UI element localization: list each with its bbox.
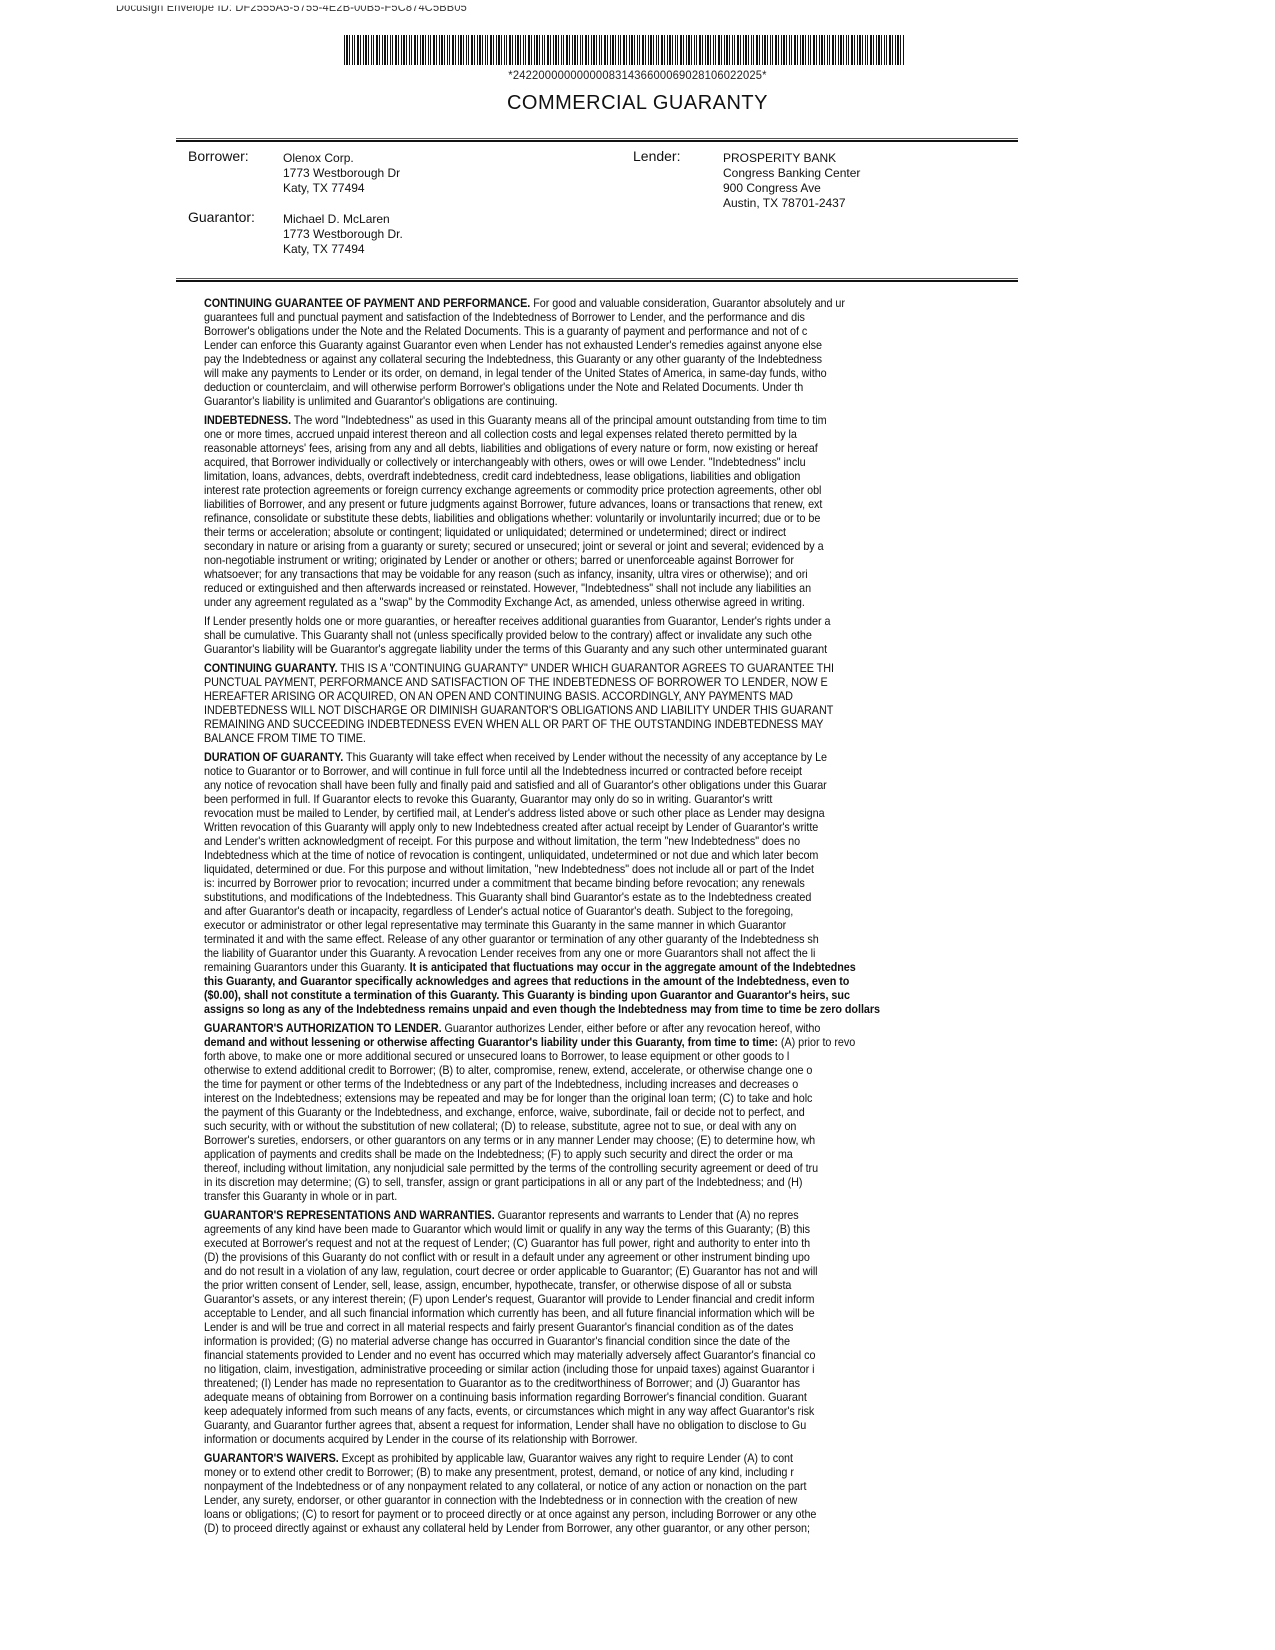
text-line: Borrower's obligations under the Note an… [204,324,1018,338]
text-line: loans or obligations; (C) to resort for … [204,1507,1018,1521]
bottom-divider [176,278,1018,282]
text-line: Borrower's sureties, endorsers, or other… [204,1133,1018,1147]
document-title: COMMERCIAL GUARANTY [0,92,1275,115]
text-line: in its discretion may determine; (G) to … [204,1175,1018,1189]
text-line: any notice of revocation shall have been… [204,778,1018,792]
text-line: PUNCTUAL PAYMENT, PERFORMANCE AND SATISF… [204,675,1018,689]
text-line: whatsoever; for any transactions that ma… [204,567,1018,581]
text-line: threatened; (I) Lender has made no repre… [204,1376,1018,1390]
text-line: executor or administrator or other legal… [204,918,1018,932]
text-line: been performed in full. If Guarantor ele… [204,792,1018,806]
text-line: acceptable to Lender, and all such finan… [204,1306,1018,1320]
text-line: application of payments and credits shal… [204,1147,1018,1161]
docusign-envelope-id: Docusign Envelope ID: DF2555A5-5755-4E2B… [116,6,467,15]
text-line: guarantees full and punctual payment and… [204,310,1018,324]
text-line: information is provided; (G) no material… [204,1334,1018,1348]
text-line: one or more times, accrued unpaid intere… [204,427,1018,441]
text-line: Indebtedness which at the time of notice… [204,848,1018,862]
lender-street: 900 Congress Ave [723,181,860,196]
section-indebtedness: INDEBTEDNESS. The word "Indebtedness" as… [204,413,1018,609]
text-line: information or documents acquired by Len… [204,1432,1018,1446]
text-line: (D) the provisions of this Guaranty do n… [204,1250,1018,1264]
text-line: liabilities of Borrower, and any present… [204,497,1018,511]
text-line: BALANCE FROM TIME TO TIME. [204,731,1018,745]
text-line: CONTINUING GUARANTY. THIS IS A "CONTINUI… [204,661,1018,675]
text-line: GUARANTOR'S WAIVERS. Except as prohibite… [204,1451,1018,1465]
text-line: limitation, loans, advances, debts, over… [204,469,1018,483]
lender-branch: Congress Banking Center [723,166,860,181]
section-heading: GUARANTOR'S AUTHORIZATION TO LENDER. [204,1021,442,1035]
text-line: executed at Borrower's request and not a… [204,1236,1018,1250]
lender-city: Austin, TX 78701-2437 [723,196,860,211]
text-line: and after Guarantor's death or incapacit… [204,904,1018,918]
text-line: their terms or acceleration; absolute or… [204,525,1018,539]
text-line: revocation must be mailed to Lender, by … [204,806,1018,820]
section-guarantor-s-authorization-to-lender: GUARANTOR'S AUTHORIZATION TO LENDER. Gua… [204,1021,1018,1203]
text-line: deduction or counterclaim, and will othe… [204,380,1018,394]
text-line: notice to Guarantor or to Borrower, and … [204,764,1018,778]
text-line: Lender, any surety, endorser, or other g… [204,1493,1018,1507]
barcode [344,35,904,65]
text-line: non-negotiable instrument or writing; or… [204,553,1018,567]
guarantor-name: Michael D. McLaren [283,212,403,227]
text-line: the payment of this Guaranty or the Inde… [204,1105,1018,1119]
section-heading: INDEBTEDNESS. [204,413,291,427]
text-line: will make any payments to Lender or its … [204,366,1018,380]
text-line: forth above, to make one or more additio… [204,1049,1018,1063]
text-line: Guaranty, and Guarantor further agrees t… [204,1418,1018,1432]
text-line: GUARANTOR'S REPRESENTATIONS AND WARRANTI… [204,1208,1018,1222]
borrower-street: 1773 Westborough Dr [283,166,400,181]
top-divider [176,138,1018,142]
text-line: reasonable attorneys' fees, arising from… [204,441,1018,455]
text-line: reduced or extinguished and then afterwa… [204,581,1018,595]
guarantor-city: Katy, TX 77494 [283,242,403,257]
text-line: the liability of Guarantor under this Gu… [204,946,1018,960]
borrower-address: Olenox Corp. 1773 Westborough Dr Katy, T… [283,151,400,196]
text-line: otherwise to extend additional credit to… [204,1063,1018,1077]
text-line: ($0.00), shall not constitute a terminat… [204,988,1018,1002]
text-line: the prior written consent of Lender, sel… [204,1278,1018,1292]
barcode-number: *242200000000000831436600069028106022025… [45,68,1231,82]
section-heading: CONTINUING GUARANTY. [204,661,338,675]
section-duration-of-guaranty: DURATION OF GUARANTY. This Guaranty will… [204,750,1018,1016]
guarantor-street: 1773 Westborough Dr. [283,227,403,242]
text-line: adequate means of obtaining from Borrowe… [204,1390,1018,1404]
text-line: secondary in nature or arising from a gu… [204,539,1018,553]
borrower-label: Borrower: [188,148,249,164]
text-line: is: incurred by Borrower prior to revoca… [204,876,1018,890]
borrower-city: Katy, TX 77494 [283,181,400,196]
text-line: REMAINING AND SUCCEEDING INDEBTEDNESS EV… [204,717,1018,731]
text-line: Guarantor's assets, or any interest ther… [204,1292,1018,1306]
text-line: CONTINUING GUARANTEE OF PAYMENT AND PERF… [204,296,1018,310]
text-line: agreements of any kind have been made to… [204,1222,1018,1236]
section-heading: CONTINUING GUARANTEE OF PAYMENT AND PERF… [204,296,530,310]
text-line: such security, with or without the subst… [204,1119,1018,1133]
text-line: GUARANTOR'S AUTHORIZATION TO LENDER. Gua… [204,1021,1018,1035]
section-guarantor-s-representations-and-warranties: GUARANTOR'S REPRESENTATIONS AND WARRANTI… [204,1208,1018,1446]
text-line: remaining Guarantors under this Guaranty… [204,960,1018,974]
section-heading: GUARANTOR'S WAIVERS. [204,1451,339,1465]
section-continuing-guaranty: CONTINUING GUARANTY. THIS IS A "CONTINUI… [204,661,1018,745]
text-line: this Guaranty, and Guarantor specificall… [204,974,1018,988]
text-line: assigns so long as any of the Indebtedne… [204,1002,1018,1016]
text-line: terminated it and with the same effect. … [204,932,1018,946]
section-heading: GUARANTOR'S REPRESENTATIONS AND WARRANTI… [204,1208,495,1222]
guarantor-address: Michael D. McLaren 1773 Westborough Dr. … [283,212,403,257]
section-guarantor-s-waivers: GUARANTOR'S WAIVERS. Except as prohibite… [204,1451,1018,1535]
text-line: INDEBTEDNESS. The word "Indebtedness" as… [204,413,1018,427]
section-continuing-guarantee-of-payment-and-performance: CONTINUING GUARANTEE OF PAYMENT AND PERF… [204,296,1018,408]
text-line: (D) to proceed directly against or exhau… [204,1521,1018,1535]
text-line: and do not result in a violation of any … [204,1264,1018,1278]
guaranty-body: CONTINUING GUARANTEE OF PAYMENT AND PERF… [204,296,1018,1650]
text-line: Guarantor's liability will be Guarantor'… [204,642,1018,656]
text-line: financial statements provided to Lender … [204,1348,1018,1362]
text-line: Lender is and will be true and correct i… [204,1320,1018,1334]
text-line: interest on the Indebtedness; extensions… [204,1091,1018,1105]
text-line: Written revocation of this Guaranty will… [204,820,1018,834]
text-line: interest rate protection agreements or f… [204,483,1018,497]
lender-address: PROSPERITY BANK Congress Banking Center … [723,151,860,211]
text-line: Lender can enforce this Guaranty against… [204,338,1018,352]
text-line: demand and without lessening or otherwis… [204,1035,1018,1049]
guarantor-label: Guarantor: [188,209,255,225]
text-line: transfer this Guaranty in whole or in pa… [204,1189,1018,1203]
text-line: pay the Indebtedness or against any coll… [204,352,1018,366]
text-line: INDEBTEDNESS WILL NOT DISCHARGE OR DIMIN… [204,703,1018,717]
text-line: nonpayment of the Indebtedness or of any… [204,1479,1018,1493]
text-line: keep adequately informed from such means… [204,1404,1018,1418]
text-line: If Lender presently holds one or more gu… [204,614,1018,628]
text-line: and Lender's written acknowledgment of r… [204,834,1018,848]
text-line: DURATION OF GUARANTY. This Guaranty will… [204,750,1018,764]
section-paragraph: If Lender presently holds one or more gu… [204,614,1018,656]
text-line: Guarantor's liability is unlimited and G… [204,394,1018,408]
text-line: under any agreement regulated as a "swap… [204,595,1018,609]
text-line: no litigation, claim, investigation, adm… [204,1362,1018,1376]
borrower-name: Olenox Corp. [283,151,400,166]
text-line: liquidated, determined or due. For this … [204,862,1018,876]
text-line: acquired, that Borrower individually or … [204,455,1018,469]
text-line: shall be cumulative. This Guaranty shall… [204,628,1018,642]
text-line: the time for payment or other terms of t… [204,1077,1018,1091]
lender-name: PROSPERITY BANK [723,151,860,166]
lender-label: Lender: [633,148,680,164]
text-line: thereof, including without limitation, a… [204,1161,1018,1175]
text-line: substitutions, and modifications of the … [204,890,1018,904]
text-line: HEREAFTER ARISING OR ACQUIRED, ON AN OPE… [204,689,1018,703]
text-line: money or to extend other credit to Borro… [204,1465,1018,1479]
section-heading: DURATION OF GUARANTY. [204,750,343,764]
text-line: refinance, consolidate or substitute the… [204,511,1018,525]
